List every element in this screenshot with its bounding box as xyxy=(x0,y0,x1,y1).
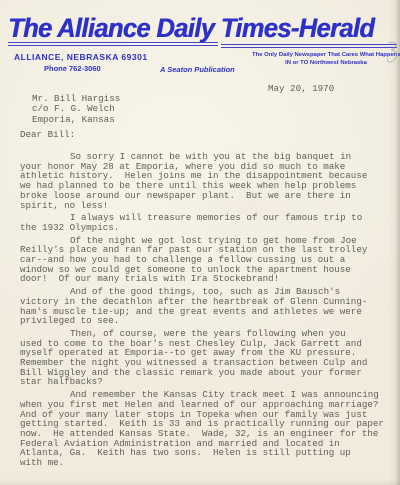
publication-credit: A Seaton Publication xyxy=(160,65,235,74)
letter-paragraph: Then, of course, were the years followin… xyxy=(20,329,394,387)
letter-body: So sorry I cannot be with you at the big… xyxy=(20,152,394,471)
letter-page: The Alliance Daily Times-Herald ALLIANCE… xyxy=(0,0,400,485)
letter-date: May 20, 1970 xyxy=(268,83,334,94)
letter-paragraph: Of the night we got lost trying to get h… xyxy=(20,236,394,285)
letterhead-address: ALLIANCE, NEBRASKA 69301 xyxy=(14,52,148,62)
salutation: Dear Bill: xyxy=(20,129,75,140)
letterhead-phone: Phone 762-3060 xyxy=(44,64,101,73)
masthead-rule-left xyxy=(8,42,218,46)
letterhead-tagline: The Only Daily Newspaper That Cares What… xyxy=(252,52,400,67)
tagline-line: The Only Daily Newspaper That Cares What… xyxy=(252,52,400,60)
letter-paragraph: So sorry I cannot be with you at the big… xyxy=(20,152,394,210)
handwritten-pencil-mark xyxy=(386,40,400,68)
recipient-address-block: Mr. Bill Hargissc/o F. G. WelchEmporia, … xyxy=(32,94,120,125)
letter-paragraph: And remember the Kansas City track meet … xyxy=(20,390,394,468)
letter-paragraph: I always will treasure memories of our f… xyxy=(20,213,394,232)
letter-paragraph: And of the good things, too, such as Jim… xyxy=(20,287,394,326)
masthead-rule-right xyxy=(221,44,397,48)
recipient-line: Emporia, Kansas xyxy=(32,115,120,125)
tagline-line: IN or TO Northwest Nebraska xyxy=(252,60,400,68)
newspaper-title: The Alliance Daily Times-Herald xyxy=(8,13,374,44)
